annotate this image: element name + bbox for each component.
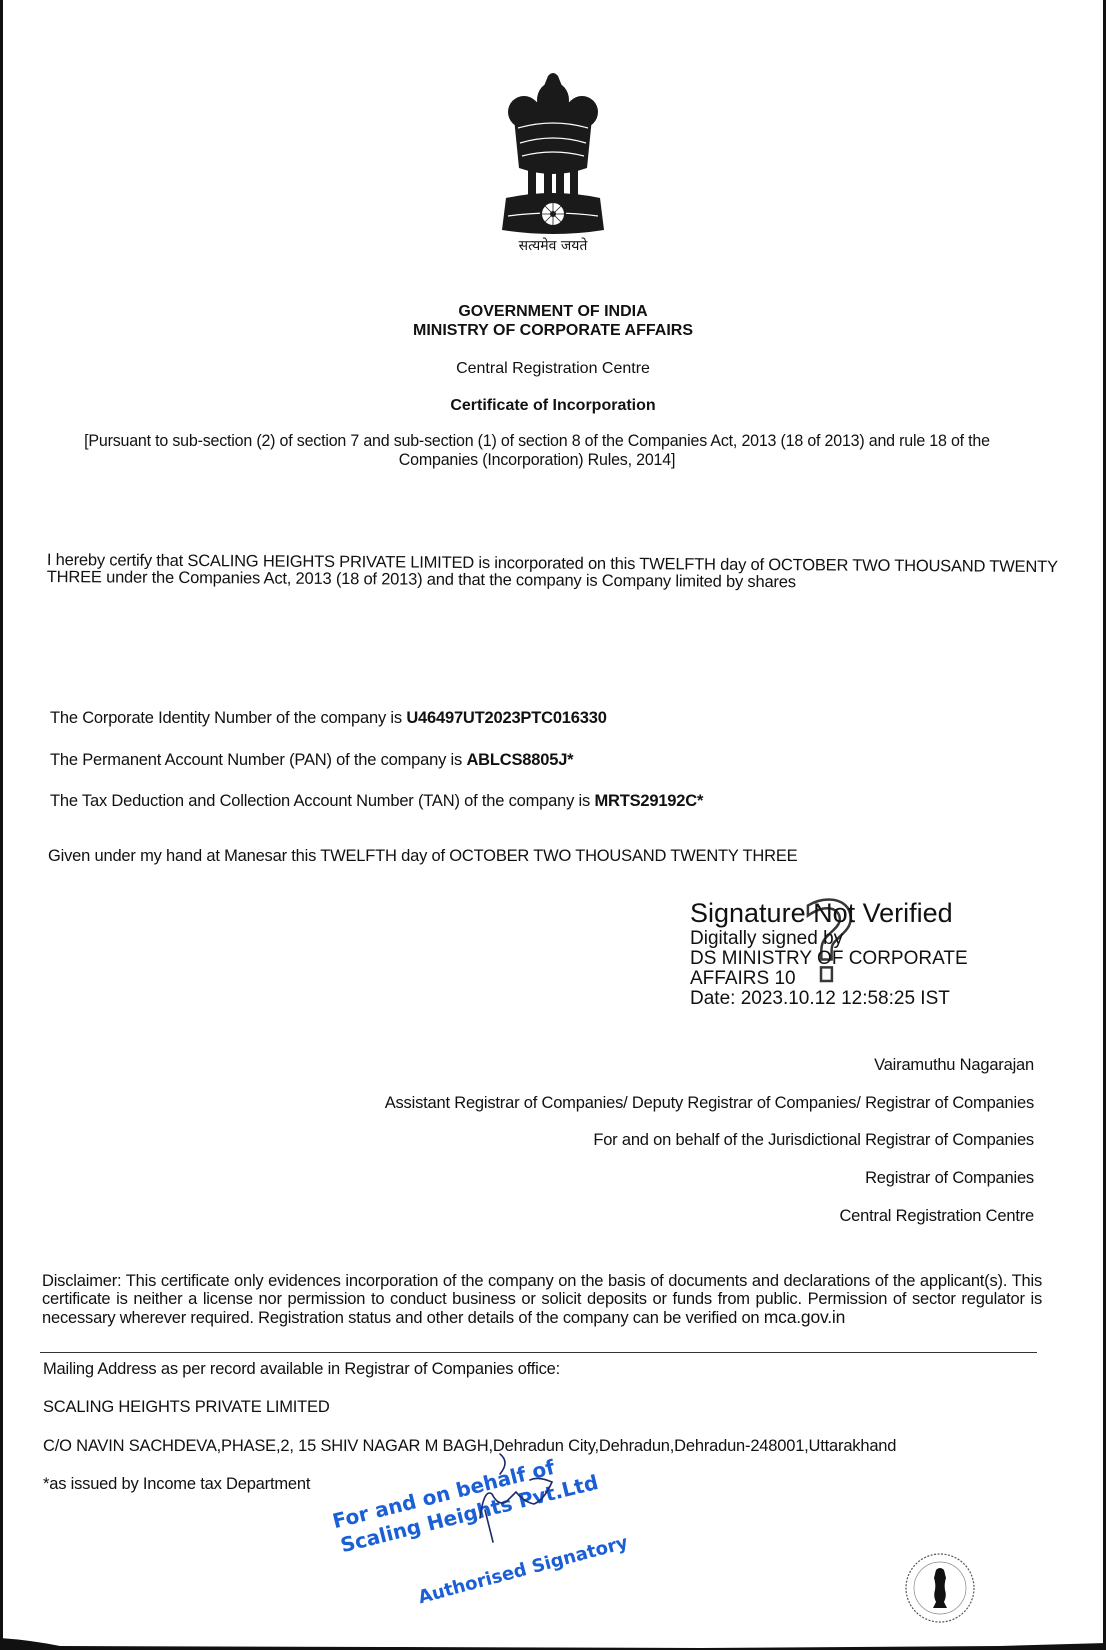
registrar-behalf: For and on behalf of the Jurisdictional … bbox=[593, 1131, 1034, 1150]
certificate-page: सत्यमेव जयते GOVERNMENT OF INDIA MINISTR… bbox=[0, 0, 1106, 1650]
registrar-designation: Assistant Registrar of Companies/ Deputy… bbox=[385, 1094, 1034, 1113]
pan-label: The Permanent Account Number (PAN) of th… bbox=[50, 751, 466, 769]
mca-link[interactable]: mca.gov.in bbox=[764, 1307, 845, 1327]
digital-signature-block: Signature Not Verified Digitally signed … bbox=[690, 897, 1010, 1009]
mailing-label: Mailing Address as per record available … bbox=[43, 1360, 560, 1379]
emblem-motto: सत्यमेव जयते bbox=[0, 236, 1106, 255]
tan-label: The Tax Deduction and Collection Account… bbox=[50, 792, 594, 810]
signed-by-label: Digitally signed by bbox=[690, 929, 1010, 949]
handwritten-signature-icon bbox=[440, 1448, 590, 1558]
disclaimer: Disclaimer: This certificate only eviden… bbox=[42, 1272, 1042, 1327]
registrar-centre: Central Registration Centre bbox=[839, 1207, 1034, 1226]
pan-value: ABLCS8805J* bbox=[466, 751, 573, 769]
state-emblem-icon bbox=[488, 68, 618, 258]
tan-value: MRTS29192C* bbox=[594, 792, 703, 810]
registrar-seal-icon bbox=[900, 1548, 980, 1628]
office-name: Central Registration Centre bbox=[0, 360, 1106, 378]
footnote: *as issued by Income tax Department bbox=[43, 1475, 310, 1494]
cin-line: The Corporate Identity Number of the com… bbox=[50, 709, 607, 728]
registrar-office: Registrar of Companies bbox=[865, 1169, 1034, 1188]
signature-date: Date: 2023.10.12 12:58:25 IST bbox=[690, 989, 1010, 1009]
disclaimer-text: Disclaimer: This certificate only eviden… bbox=[42, 1272, 1042, 1327]
ministry-name: MINISTRY OF CORPORATE AFFAIRS bbox=[0, 321, 1106, 340]
government-name: GOVERNMENT OF INDIA bbox=[0, 302, 1106, 321]
registrar-name: Vairamuthu Nagarajan bbox=[874, 1056, 1034, 1075]
document-title: Certificate of Incorporation bbox=[0, 397, 1106, 415]
cin-value: U46497UT2023PTC016330 bbox=[406, 709, 606, 727]
pursuant-clause: [Pursuant to sub-section (2) of section … bbox=[52, 432, 1022, 470]
signer-line-2: AFFAIRS 10 bbox=[690, 969, 1010, 989]
tan-line: The Tax Deduction and Collection Account… bbox=[50, 792, 703, 811]
mailing-company: SCALING HEIGHTS PRIVATE LIMITED bbox=[43, 1398, 330, 1417]
signer-line-1: DS MINISTRY OF CORPORATE bbox=[690, 949, 1010, 969]
signature-status: Signature Not Verified bbox=[690, 897, 1010, 929]
given-under-hand: Given under my hand at Manesar this TWEL… bbox=[48, 847, 797, 866]
cin-label: The Corporate Identity Number of the com… bbox=[50, 709, 406, 727]
pan-line: The Permanent Account Number (PAN) of th… bbox=[50, 751, 573, 770]
issuing-authority: GOVERNMENT OF INDIA MINISTRY OF CORPORAT… bbox=[0, 302, 1106, 340]
certification-statement: I hereby certify that SCALING HEIGHTS PR… bbox=[47, 552, 1067, 593]
scan-edge-bottom bbox=[0, 1636, 1106, 1650]
divider bbox=[40, 1352, 1037, 1353]
